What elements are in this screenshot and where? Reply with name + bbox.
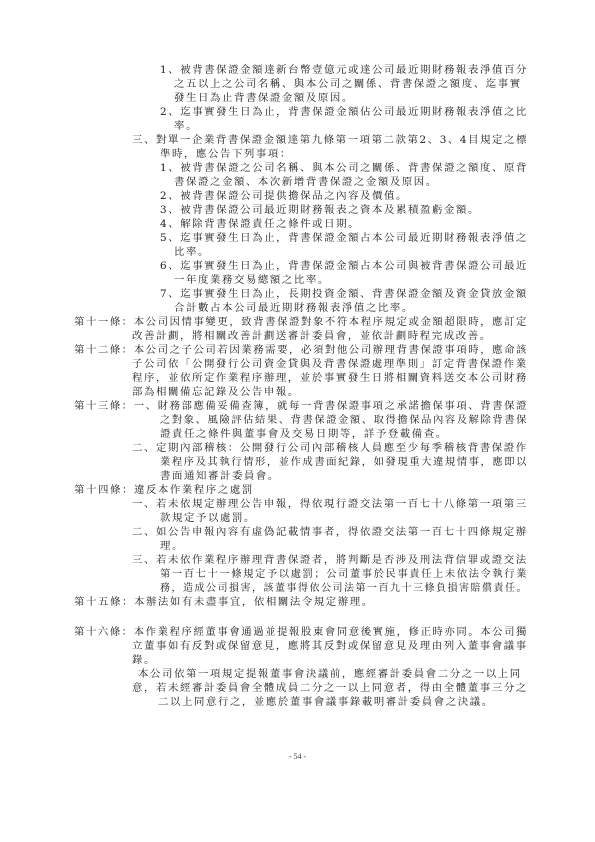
text-line: 立董事如有反對或保留意見，應將其反對或保留意見及理由列入董事會議事 xyxy=(132,640,528,653)
text-line: 之五以上之公司名稱、與本公司之關係、背書保證之額度、迄事實 xyxy=(174,78,522,91)
text-line: 程序，並依所定作業程序辦理，並於事實發生日將相關資料送交本公司財務 xyxy=(132,372,528,385)
text-line: 務，造成公司損害，該董事得依公司法第一百九十三條負損害賠償責任。 xyxy=(160,582,528,595)
text-line: 之對象、風險評估結果、背書保證金額、取得擔保品內容及解除背書保 xyxy=(160,414,528,427)
text-line: 一、若未依規定辦理公告申報，得依現行證交法第一百七十八條第一項第三 xyxy=(132,498,528,511)
text-line: 二以上同意行之，並應於董事會議事錄載明審計委員會之決議。 xyxy=(158,696,494,709)
text-line: 錄。 xyxy=(132,654,156,667)
text-line: 第十五條：本辦法如有未盡事宜，依相關法令規定辦理。 xyxy=(74,596,374,609)
text-line: 三、若未依作業程序辦理背書保證者，將判斷是否涉及刑法背信罪或證交法 xyxy=(132,554,528,567)
text-line: 款規定予以處罰。 xyxy=(160,512,256,525)
text-line: 2、迄事實發生日為止，背書保證金額佔公司最近期財務報表淨值之比 xyxy=(160,106,528,119)
text-line: 三、對單一企業背書保證金額達第九條第一項第二款第2、3、4目規定之標 xyxy=(132,134,528,147)
text-line: 二、定期內部稽核：公開發行公司內部稽核人員應至少每季稽核背書保證作 xyxy=(132,442,528,455)
text-line: 改善計劃，將相關改善計劃送審計委員會，並依計劃時程完成改善。 xyxy=(132,330,492,343)
text-line: 7、迄事實發生日為止，長期投資金額、背書保證金額及資金貸放金額 xyxy=(160,288,528,301)
text-line: 第十一條：本公司因情事變更，致背書保證對象不符本程序規定或金額超限時，應訂定 xyxy=(74,316,528,329)
text-line: 理。 xyxy=(160,540,184,553)
text-line: 證責任之條件與董事會及交易日期等，詳予登載備查。 xyxy=(160,428,448,441)
text-line: 5、迄事實發生日為止，背書保證金額占本公司最近期財務報表淨值之 xyxy=(160,232,528,245)
text-line: 第十六條：本作業程序經董事會通過並提報股東會同意後實施，修正時亦同。本公司獨 xyxy=(74,626,528,639)
text-line: 第十三條：一、財務部應備妥備查簿，就每一背書保證事項之承諾擔保事項、背書保證 xyxy=(74,400,528,413)
text-line: 合計數占本公司最近期財務報表淨值之比率。 xyxy=(174,302,414,315)
text-line: 6、迄事實發生日為止，背書保證金額占本公司與被背書保證公司最近 xyxy=(160,260,528,273)
text-line: 比率。 xyxy=(174,246,210,259)
text-line: 1、被背書保證金額達新台幣壹億元或達公司最近期財務報表淨值百分 xyxy=(160,64,528,77)
text-line: 書面通知審計委員會。 xyxy=(160,470,280,483)
text-line: 發生日為止背書保證金額及原因。 xyxy=(174,92,354,105)
text-line: 子公司依「公開發行公司資金貸與及背書保證處理準則」訂定背書保證作業 xyxy=(132,358,528,371)
text-line: 第十四條：違反本作業程序之處罰 xyxy=(74,484,254,497)
page-number: - 54 - xyxy=(0,752,595,761)
text-line: 1、被背書保證之公司名稱、與本公司之關係、背書保證之額度、原背 xyxy=(160,162,528,175)
text-line: 書保證之金額、本次新增背書保證之金額及原因。 xyxy=(174,176,438,189)
text-line: 3、被背書保證公司最近期財務報表之資本及累積盈虧金額。 xyxy=(160,204,480,217)
text-line: 第一百七十一條規定予以處罰；公司董事於民事責任上未依法令執行業 xyxy=(160,568,528,581)
text-line: 一年度業務交易總額之比率。 xyxy=(174,274,330,287)
text-line: 率。 xyxy=(174,120,198,133)
text-line: 二、如公告申報內容有虛偽記載情事者，得依證交法第一百七十四條規定辦 xyxy=(132,526,528,539)
text-line: 本公司依第一項規定提報董事會決議前，應經審計委員會二分之一以上同 xyxy=(138,668,522,681)
text-line: 4、解除背書保證責任之條件或日期。 xyxy=(160,218,360,231)
text-line: 2、被背書保證公司提供擔保品之內容及價值。 xyxy=(160,190,408,203)
text-line: 第十二條：本公司之子公司若因業務需要，必須對他公司辦理背書保證事項時，應命該 xyxy=(74,344,528,357)
text-line: 業程序及其執行情形，並作成書面紀錄，如發現重大違規情事，應即以 xyxy=(160,456,528,469)
text-line: 準時，應公告下列事項： xyxy=(160,148,292,161)
text-line: 意，若未經審計委員會全體成員二分之一以上同意者，得由全體董事三分之 xyxy=(132,682,528,695)
text-line: 部為相關備忘記錄及公告申報。 xyxy=(132,386,300,399)
